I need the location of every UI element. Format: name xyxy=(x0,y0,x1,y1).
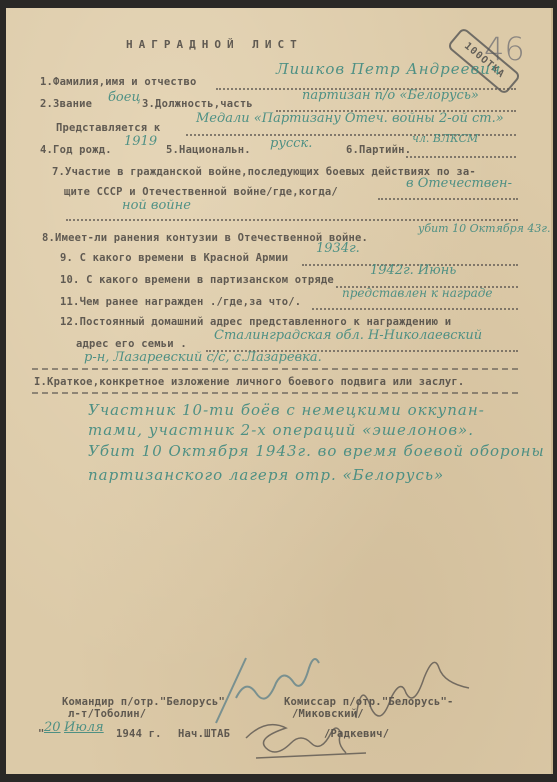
award-sheet-paper: НАГРАДНОЙ ЛИСТ 46 100ОТКА 1.Фамилия,имя … xyxy=(6,8,553,774)
field-5-value: русск. xyxy=(270,136,312,151)
field-12-label-2: адрес его семьи . xyxy=(76,338,187,350)
field-5-label: 5.Национальн. xyxy=(166,144,251,156)
field-7-line-2 xyxy=(66,219,518,221)
section-underline xyxy=(32,392,518,394)
narrative-line-3: Убит 10 Октября 1943г. во время боевой о… xyxy=(88,442,545,460)
field-11-label: 11.Чем ранее награжден ./где,за что/. xyxy=(60,296,301,308)
field-4-label: 4.Год рожд. xyxy=(40,144,112,156)
commander-name: л-т/Тоболин/ xyxy=(68,708,146,720)
field-2-value: боец xyxy=(108,90,141,105)
field-6-line xyxy=(406,156,516,158)
field-12-value-1: Сталинградская обл. Н-Николаевский xyxy=(214,328,482,343)
field-12-line-2 xyxy=(32,368,518,370)
field-9-label: 9. С какого времени в Красной Армии xyxy=(60,252,288,264)
field-1-value: Лишков Петр Андреевич xyxy=(276,60,501,78)
document-title: НАГРАДНОЙ ЛИСТ xyxy=(126,38,303,51)
narrative-line-4: партизанского лагеря отр. «Белорусь» xyxy=(88,466,444,484)
field-2-label: 2.Звание xyxy=(40,98,92,110)
commander-label: Командир п/отр."Белорусь" xyxy=(62,696,225,708)
narrative-line-2: тами, участник 2-х операций «эшелонов». xyxy=(88,421,474,439)
field-10-label: 10. С какого времени в партизанском отря… xyxy=(60,274,334,286)
field-6-label: 6.Партийн. xyxy=(346,144,411,156)
field-8-value: убит 10 Октября 43г. xyxy=(418,222,551,235)
field-7-label-2: щите СССР и Отечественной войне/где,когд… xyxy=(64,186,338,198)
field-7-value-1: в Отечествен- xyxy=(406,176,512,191)
date-day: 20 xyxy=(44,720,61,735)
chief-label: Нач.ШТАБ xyxy=(178,728,230,740)
field-7-value-2: ной войне xyxy=(122,198,191,213)
field-3-label: 3.Должность,часть xyxy=(142,98,253,110)
section-title: I.Краткое,конкретное изложение личного б… xyxy=(34,376,464,388)
field-9-value: 1934г. xyxy=(316,241,360,256)
date-year: 1944 г. xyxy=(116,728,162,740)
present-label: Представляется к xyxy=(56,122,160,134)
field-1-label: 1.Фамилия,имя и отчество xyxy=(40,76,197,88)
field-4-value: 1919 xyxy=(124,134,157,149)
field-11-line xyxy=(312,308,518,310)
field-12-value-2: р-н, Лазаревский с/с, с.Лазаревка. xyxy=(84,350,322,365)
field-3-value: партизан п/о «Белорусь» xyxy=(302,88,479,103)
field-12-label-1: 12.Постоянный домашний адрес представлен… xyxy=(60,316,451,328)
field-10-value: 1942г. Июнь xyxy=(370,263,456,278)
field-6-value: чл. ВЛКСМ xyxy=(412,132,478,145)
present-value: Медали «Партизану Отеч. войны 2-ой ст.» xyxy=(196,111,504,126)
chief-signature xyxy=(236,713,386,763)
field-7-line-1 xyxy=(378,198,518,200)
narrative-line-1: Участник 10-ти боёв с немецкими оккупан- xyxy=(88,401,485,419)
field-11-value: представлен к награде xyxy=(342,286,492,300)
date-month: Июля xyxy=(64,720,104,735)
